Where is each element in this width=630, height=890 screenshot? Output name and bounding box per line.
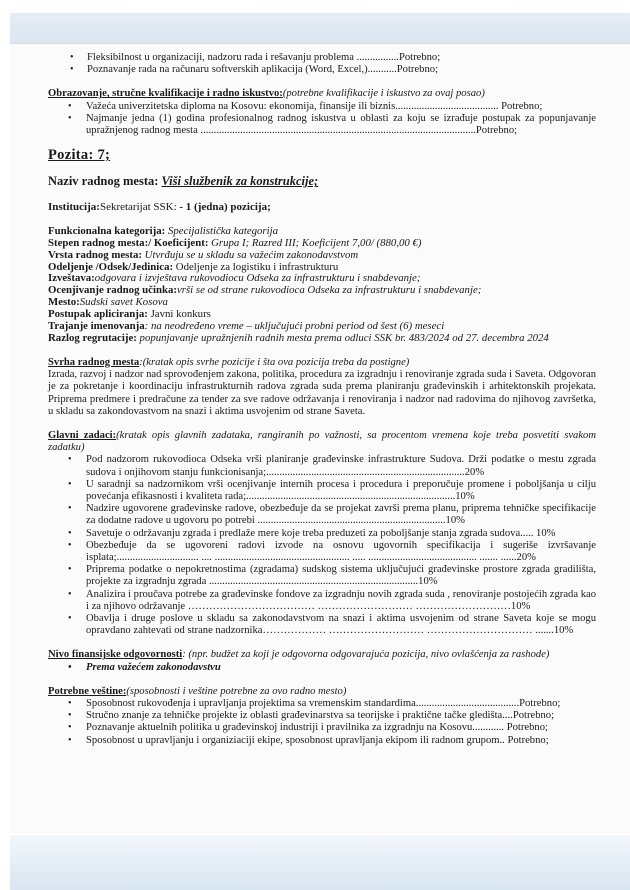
skill-item: Stručno znanje za tehničke projekte iz o… (62, 710, 596, 722)
purpose-text: Izrada, razvoj i nadzor nad sprovođenjem… (48, 369, 596, 418)
position-details: Funkcionalna kategorija: Specijalistička… (48, 226, 596, 345)
task-item: Priprema podatke o nepokretnostima (zgra… (62, 564, 596, 588)
list-item: Važeća univerzitetska diploma na Kosovu:… (62, 101, 596, 113)
scanner-bottom-band (10, 835, 630, 890)
task-percent: 20% (465, 467, 484, 478)
list-item: Prema važećem zakonodavstvu (62, 662, 596, 674)
education-note: (potrebne kvalifikacije i iskustvo za ov… (283, 88, 485, 99)
top-requirements-list: Fleksibilnost u organizaciji, nadzoru ra… (48, 52, 596, 76)
skills-heading: Potrebne veštine: (48, 686, 126, 697)
education-list: Važeća univerzitetska diploma na Kosovu:… (48, 101, 596, 138)
institution-line: Institucija:Sekretarijat SSK: - 1 (jedna… (48, 201, 596, 213)
skill-item: Poznavanje aktuelnih politika u građevin… (62, 722, 596, 734)
task-item: Obezbeđuje da se ugovoreni radovi izvode… (62, 540, 596, 564)
task-item: Obavlja i druge poslove u skladu sa zako… (62, 613, 596, 637)
task-percent: 20% (517, 552, 536, 563)
task-percent: 10% (554, 625, 573, 636)
task-percent: 10% (511, 601, 530, 612)
tasks-section: Glavni zadaci:(kratak opis glavnih zadat… (48, 430, 596, 637)
task-percent: 10% (455, 491, 474, 502)
education-section: Obrazovanje, stručne kvalifikacije i rad… (48, 88, 596, 137)
purpose-heading: Svrha radnog mesta (48, 357, 139, 368)
finance-list: Prema važećem zakonodavstvu (48, 662, 596, 674)
task-percent: 10% (536, 528, 555, 539)
task-item: Nadzire ugovorene građevinske radove, ob… (62, 503, 596, 527)
list-item: Fleksibilnost u organizaciji, nadzoru ra… (64, 52, 596, 64)
skills-section: Potrebne veštine:(sposobnosti i veštine … (48, 686, 596, 747)
document-content: Fleksibilnost u organizaciji, nadzoru ra… (48, 52, 596, 747)
list-item: Najmanje jedna (1) godina profesionalnog… (62, 113, 596, 137)
education-heading: Obrazovanje, stručne kvalifikacije i rad… (48, 88, 283, 99)
task-item: Pod nadzorom rukovodioca Odseka vrši pla… (62, 454, 596, 478)
task-item: U saradnji sa nadzornikom vrši ocenjivan… (62, 479, 596, 503)
finance-section: Nivo finansijske odgovornosti: (npr. bud… (48, 649, 596, 673)
tasks-heading: Glavni zadaci: (48, 430, 116, 441)
task-percent: 10% (418, 576, 437, 587)
task-percent: 10% (446, 515, 465, 526)
task-item: Savetuje o održavanju zgrada i predlaže … (62, 528, 596, 540)
list-item: Poznavanje rada na računaru softverskih … (64, 64, 596, 76)
skills-list: Sposobnost rukovođenja i upravljanja pro… (48, 698, 596, 747)
task-item: Analizira i proučava potrebe za građevin… (62, 589, 596, 613)
detail-field: Razlog regrutacije: popunjavanje upražnj… (48, 333, 596, 345)
skill-item: Sposobnost rukovođenja i upravljanja pro… (62, 698, 596, 710)
position-title: Naziv radnog mesta: Viši službenik za ko… (48, 175, 596, 187)
purpose-section: Svrha radnog mesta:(kratak opis svrhe po… (48, 357, 596, 418)
finance-heading: Nivo finansijske odgovornosti (48, 649, 182, 660)
skill-item: Sposobnost u upravljanju i organiziaciji… (62, 735, 596, 747)
tasks-list: Pod nadzorom rukovodioca Odseka vrši pla… (48, 454, 596, 637)
position-number: Pozita: 7; (48, 149, 596, 161)
scanner-top-band (10, 13, 630, 44)
